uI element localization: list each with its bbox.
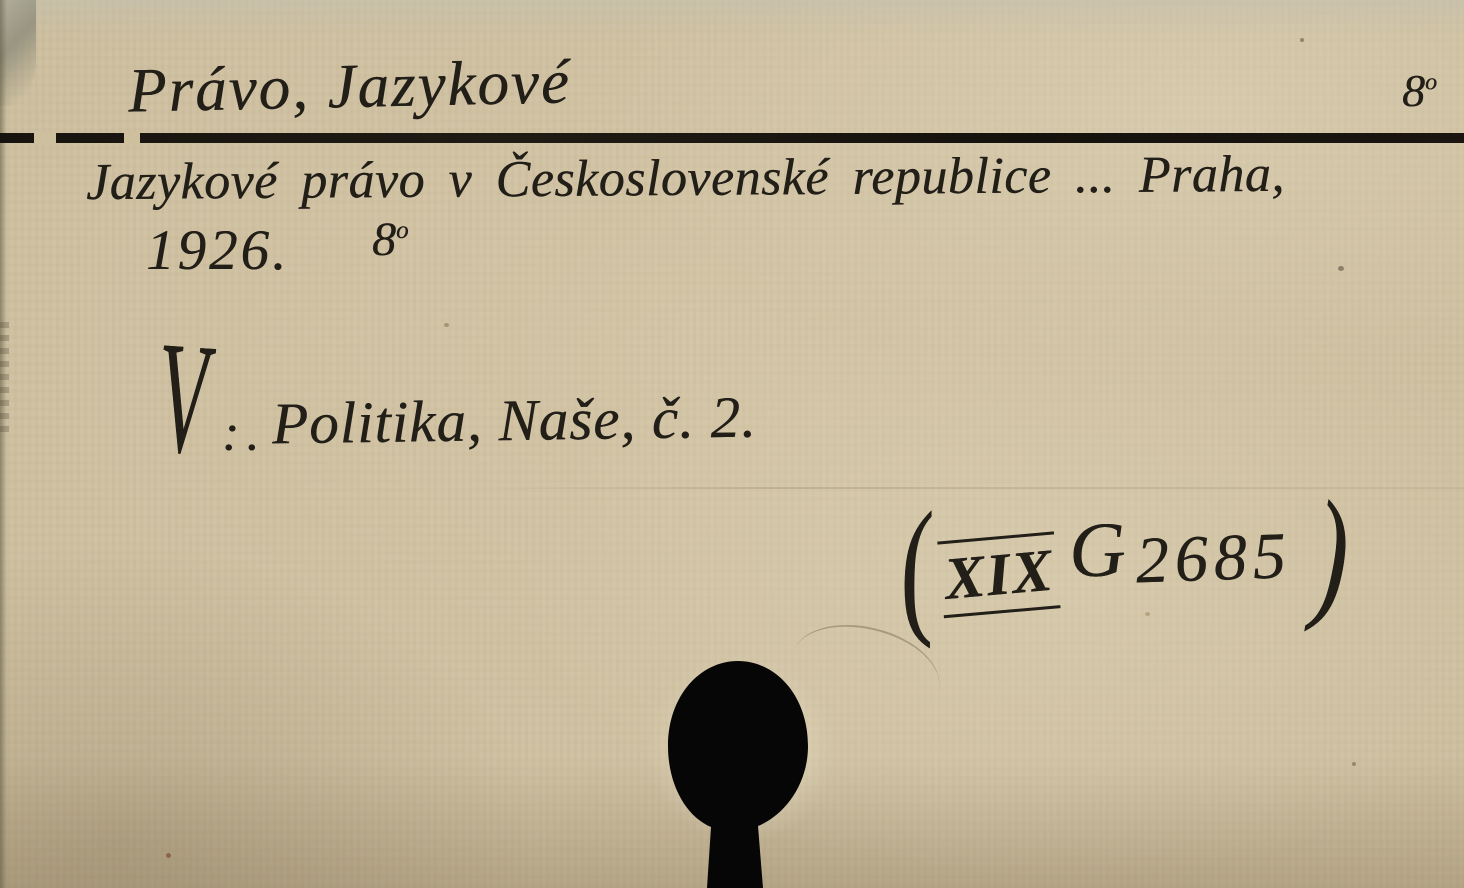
reference-marker-punctuation: :. <box>222 404 266 463</box>
format-superscript: o <box>396 217 408 244</box>
ruled-line-gap <box>124 131 140 145</box>
call-number-letter: G <box>1067 504 1126 596</box>
format-number: 8 <box>372 213 396 266</box>
format-notation-top: 8o <box>1402 64 1437 117</box>
call-number-close-paren: ) <box>1309 482 1351 625</box>
left-edge-print-marks <box>0 322 9 437</box>
reference-marker: V <box>157 316 209 479</box>
call-number-roman-numeral: XIX <box>937 531 1061 618</box>
call-number-digits: 2685 <box>1134 518 1293 599</box>
call-number-open-paren: ( <box>891 497 939 640</box>
card-heading: Právo, Jazykové <box>127 45 571 127</box>
catalog-card: Právo, Jazykové 8o Jazykové právo v Česk… <box>0 0 1464 888</box>
year-line: 1926. <box>146 218 289 283</box>
reference-line: Politika, Naše, č. 2. <box>272 383 758 459</box>
paper-speck <box>1352 762 1356 766</box>
paper-speck <box>444 323 449 327</box>
paper-speck <box>1338 266 1344 271</box>
title-line: Jazykové právo v Československé republic… <box>86 145 1285 212</box>
format-superscript: o <box>1425 70 1437 96</box>
ruled-line <box>0 133 1464 143</box>
ruled-line-gap <box>34 131 56 145</box>
call-number: ( XIX G 2685 ) <box>888 484 1358 638</box>
keyhole-punch-hole <box>600 650 900 888</box>
format-notation-year: 8o <box>372 212 408 267</box>
paper-speck <box>166 853 171 858</box>
format-number: 8 <box>1402 65 1425 116</box>
paper-speck <box>1300 38 1304 42</box>
